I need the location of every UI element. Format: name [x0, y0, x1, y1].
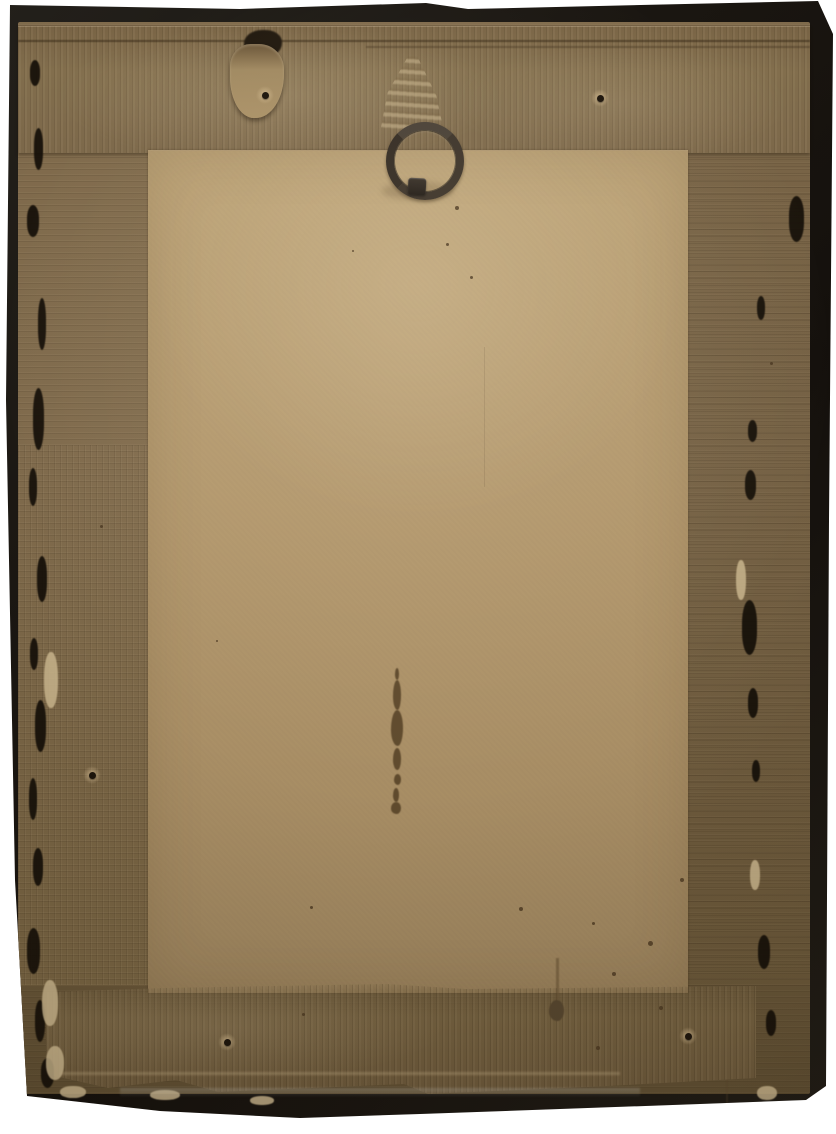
frame-back-panel: [0, 0, 836, 1134]
frame-edge-sheen: [120, 1088, 640, 1097]
kraft-backing-paper: [148, 150, 688, 993]
photo-of-frame-back: [0, 0, 836, 1134]
bottom-tape-strip: [46, 984, 756, 1094]
tape-edge-highlight: [60, 1072, 620, 1075]
seam-line: [366, 46, 810, 48]
paper-scratch: [484, 347, 485, 487]
ring-clasp: [408, 178, 427, 196]
seam-line: [18, 40, 810, 42]
torn-paper-bit: [250, 1096, 274, 1105]
